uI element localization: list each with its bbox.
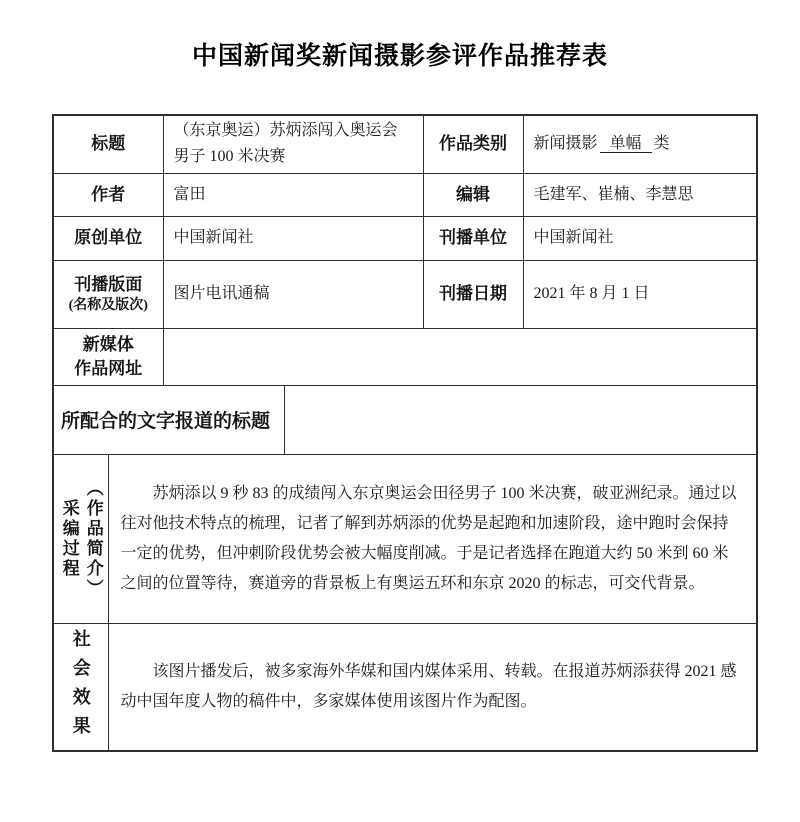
row-page-date: 刊播版面 (名称及版次) 图片电讯通稿 刊播日期 2021 年 8 月 1 日 <box>53 260 757 328</box>
social-effect-label-column: 社会效果 <box>69 629 93 745</box>
publish-page-field-label: 刊播版面 (名称及版次) <box>53 260 163 328</box>
category-value-underlined: 单幅 <box>600 135 652 153</box>
editor-field-label: 编辑 <box>423 173 523 216</box>
new-media-url-field-value <box>163 328 757 385</box>
social-effect-paragraph: 该图片播发后，被多家海外华媒和国内媒体采用、转载。在报道苏炳添获得 2021 感… <box>121 657 745 717</box>
publish-unit-field-label: 刊播单位 <box>423 216 523 260</box>
row-new-media-url: 新媒体 作品网址 <box>53 328 757 385</box>
new-media-url-label-line2: 作品网址 <box>55 357 162 381</box>
author-field-value: 富田 <box>163 173 423 216</box>
social-effect-vertical-label: 社会效果 <box>55 629 107 745</box>
publish-page-field-value: 图片电讯通稿 <box>163 260 423 328</box>
row-work-intro: 采编过程 （作品简介） 苏炳添以 9 秒 83 的成绩闯入东京奥运会田径男子 1… <box>53 454 757 623</box>
publish-date-field-value: 2021 年 8 月 1 日 <box>523 260 757 328</box>
social-effect-field-value: 该图片播发后，被多家海外华媒和国内媒体采用、转载。在报道苏炳添获得 2021 感… <box>108 623 757 751</box>
category-field-label: 作品类别 <box>423 115 523 173</box>
row-title-category: 标题 （东京奥运）苏炳添闯入奥运会男子 100 米决赛 作品类别 新闻摄影单幅类 <box>53 115 757 173</box>
category-value-prefix: 新闻摄影 <box>534 135 598 152</box>
text-report-title-field-value <box>284 385 757 454</box>
original-unit-field-value: 中国新闻社 <box>163 216 423 260</box>
work-intro-label-left-column: 采编过程 <box>57 499 81 579</box>
title-field-value: （东京奥运）苏炳添闯入奥运会男子 100 米决赛 <box>163 115 423 173</box>
work-intro-paragraph: 苏炳添以 9 秒 83 的成绩闯入东京奥运会田径男子 100 米决赛，破亚洲纪录… <box>121 479 745 599</box>
social-effect-field-label: 社会效果 <box>53 623 108 751</box>
new-media-url-label-line1: 新媒体 <box>55 333 162 357</box>
author-field-label: 作者 <box>53 173 163 216</box>
row-text-report-title: 所配合的文字报道的标题 <box>53 385 757 454</box>
row-original-publish-unit: 原创单位 中国新闻社 刊播单位 中国新闻社 <box>53 216 757 260</box>
publish-page-label-line1: 刊播版面 <box>55 273 162 297</box>
work-intro-field-value: 苏炳添以 9 秒 83 的成绩闯入东京奥运会田径男子 100 米决赛，破亚洲纪录… <box>108 454 757 623</box>
original-unit-field-label: 原创单位 <box>53 216 163 260</box>
editor-field-value: 毛建军、崔楠、李慧思 <box>523 173 757 216</box>
text-report-title-field-label: 所配合的文字报道的标题 <box>53 385 284 454</box>
row-social-effect: 社会效果 该图片播发后，被多家海外华媒和国内媒体采用、转载。在报道苏炳添获得 2… <box>53 623 757 751</box>
work-intro-vertical-label: 采编过程 （作品简介） <box>55 479 107 599</box>
category-field-value: 新闻摄影单幅类 <box>523 115 757 173</box>
row-author-editor: 作者 富田 编辑 毛建军、崔楠、李慧思 <box>53 173 757 216</box>
work-intro-label-right-column: （作品简介） <box>81 479 105 599</box>
publish-page-label-line2: (名称及版次) <box>55 297 162 315</box>
publish-unit-field-value: 中国新闻社 <box>523 216 757 260</box>
category-value-suffix: 类 <box>654 135 670 152</box>
new-media-url-field-label: 新媒体 作品网址 <box>53 328 163 385</box>
title-field-label: 标题 <box>53 115 163 173</box>
recommendation-form-table: 标题 （东京奥运）苏炳添闯入奥运会男子 100 米决赛 作品类别 新闻摄影单幅类… <box>52 114 758 752</box>
page-title: 中国新闻奖新闻摄影参评作品推荐表 <box>0 36 800 72</box>
work-intro-field-label: 采编过程 （作品简介） <box>53 454 108 623</box>
publish-date-field-label: 刊播日期 <box>423 260 523 328</box>
